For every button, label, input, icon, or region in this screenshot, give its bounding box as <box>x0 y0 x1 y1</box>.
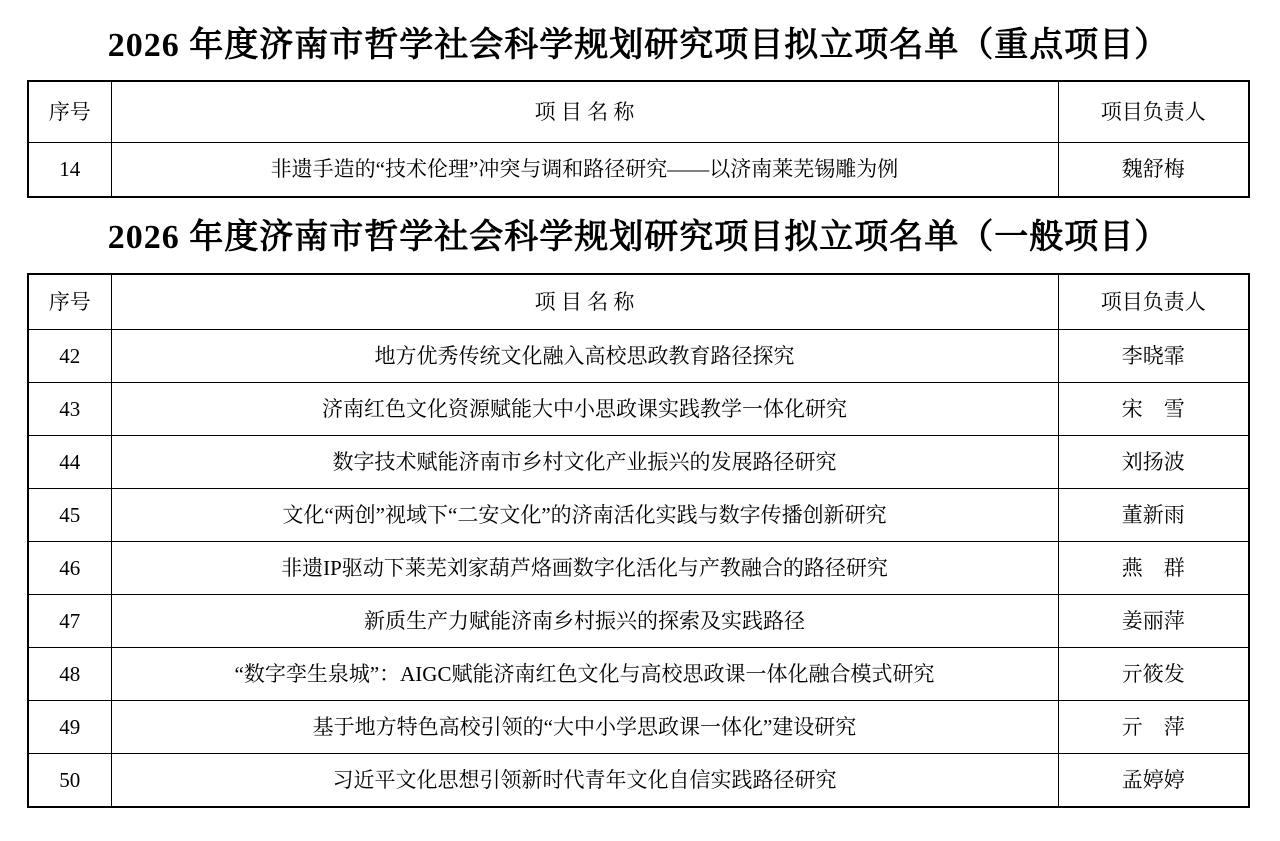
cell-project-leader: 宋 雪 <box>1058 383 1249 436</box>
cell-project-name: 新质生产力赋能济南乡村振兴的探索及实践路径 <box>111 595 1058 648</box>
cell-project-leader: 孟婷婷 <box>1058 754 1249 807</box>
cell-index: 46 <box>28 542 111 595</box>
general-projects-title: 2026 年度济南市哲学社会科学规划研究项目拟立项名单（一般项目） <box>27 198 1250 259</box>
table-row: 47 新质生产力赋能济南乡村振兴的探索及实践路径 姜丽萍 <box>28 595 1249 648</box>
cell-project-leader: 亓筱发 <box>1058 648 1249 701</box>
cell-project-name: 济南红色文化资源赋能大中小思政课实践教学一体化研究 <box>111 383 1058 436</box>
cell-index: 47 <box>28 595 111 648</box>
cell-project-name: 地方优秀传统文化融入高校思政教育路径探究 <box>111 330 1058 383</box>
cell-index: 42 <box>28 330 111 383</box>
cell-index: 50 <box>28 754 111 807</box>
cell-index: 43 <box>28 383 111 436</box>
table-row: 43 济南红色文化资源赋能大中小思政课实践教学一体化研究 宋 雪 <box>28 383 1249 436</box>
header-index: 序号 <box>28 274 111 330</box>
cell-project-name: 基于地方特色高校引领的“大中小学思政课一体化”建设研究 <box>111 701 1058 754</box>
table-row: 48 “数字孪生泉城”：AIGC赋能济南红色文化与高校思政课一体化融合模式研究 … <box>28 648 1249 701</box>
header-project-name: 项 目 名 称 <box>111 274 1058 330</box>
table-row: 49 基于地方特色高校引领的“大中小学思政课一体化”建设研究 亓 萍 <box>28 701 1249 754</box>
header-project-leader: 项目负责人 <box>1058 81 1249 143</box>
cell-project-name: 习近平文化思想引领新时代青年文化自信实践路径研究 <box>111 754 1058 807</box>
cell-project-leader: 亓 萍 <box>1058 701 1249 754</box>
cell-project-name: 文化“两创”视域下“二安文化”的济南活化实践与数字传播创新研究 <box>111 489 1058 542</box>
table-row: 14 非遗手造的“技术伦理”冲突与调和路径研究——以济南莱芜锡雕为例 魏舒梅 <box>28 143 1249 197</box>
cell-project-name: “数字孪生泉城”：AIGC赋能济南红色文化与高校思政课一体化融合模式研究 <box>111 648 1058 701</box>
cell-project-name: 数字技术赋能济南市乡村文化产业振兴的发展路径研究 <box>111 436 1058 489</box>
cell-project-leader: 刘扬波 <box>1058 436 1249 489</box>
table-row: 42 地方优秀传统文化融入高校思政教育路径探究 李晓霏 <box>28 330 1249 383</box>
table-header-row: 序号 项 目 名 称 项目负责人 <box>28 81 1249 143</box>
cell-index: 44 <box>28 436 111 489</box>
cell-index: 49 <box>28 701 111 754</box>
cell-index: 48 <box>28 648 111 701</box>
header-project-leader: 项目负责人 <box>1058 274 1249 330</box>
cell-project-name: 非遗手造的“技术伦理”冲突与调和路径研究——以济南莱芜锡雕为例 <box>111 143 1058 197</box>
table-row: 46 非遗IP驱动下莱芜刘家葫芦烙画数字化活化与产教融合的路径研究 燕 群 <box>28 542 1249 595</box>
cell-project-leader: 姜丽萍 <box>1058 595 1249 648</box>
cell-index: 14 <box>28 143 111 197</box>
document-page: 2026 年度济南市哲学社会科学规划研究项目拟立项名单（重点项目） 序号 项 目… <box>0 0 1280 841</box>
header-project-name: 项 目 名 称 <box>111 81 1058 143</box>
key-projects-section: 2026 年度济南市哲学社会科学规划研究项目拟立项名单（重点项目） 序号 项 目… <box>27 0 1250 198</box>
key-projects-table: 序号 项 目 名 称 项目负责人 14 非遗手造的“技术伦理”冲突与调和路径研究… <box>27 80 1250 198</box>
cell-project-leader: 董新雨 <box>1058 489 1249 542</box>
table-header-row: 序号 项 目 名 称 项目负责人 <box>28 274 1249 330</box>
cell-project-name: 非遗IP驱动下莱芜刘家葫芦烙画数字化活化与产教融合的路径研究 <box>111 542 1058 595</box>
general-projects-table: 序号 项 目 名 称 项目负责人 42 地方优秀传统文化融入高校思政教育路径探究… <box>27 273 1250 808</box>
general-projects-section: 2026 年度济南市哲学社会科学规划研究项目拟立项名单（一般项目） 序号 项 目… <box>27 198 1250 808</box>
table-row: 50 习近平文化思想引领新时代青年文化自信实践路径研究 孟婷婷 <box>28 754 1249 807</box>
cell-index: 45 <box>28 489 111 542</box>
cell-project-leader: 燕 群 <box>1058 542 1249 595</box>
cell-project-leader: 李晓霏 <box>1058 330 1249 383</box>
cell-project-leader: 魏舒梅 <box>1058 143 1249 197</box>
header-index: 序号 <box>28 81 111 143</box>
table-row: 45 文化“两创”视域下“二安文化”的济南活化实践与数字传播创新研究 董新雨 <box>28 489 1249 542</box>
key-projects-title: 2026 年度济南市哲学社会科学规划研究项目拟立项名单（重点项目） <box>27 0 1250 67</box>
table-row: 44 数字技术赋能济南市乡村文化产业振兴的发展路径研究 刘扬波 <box>28 436 1249 489</box>
